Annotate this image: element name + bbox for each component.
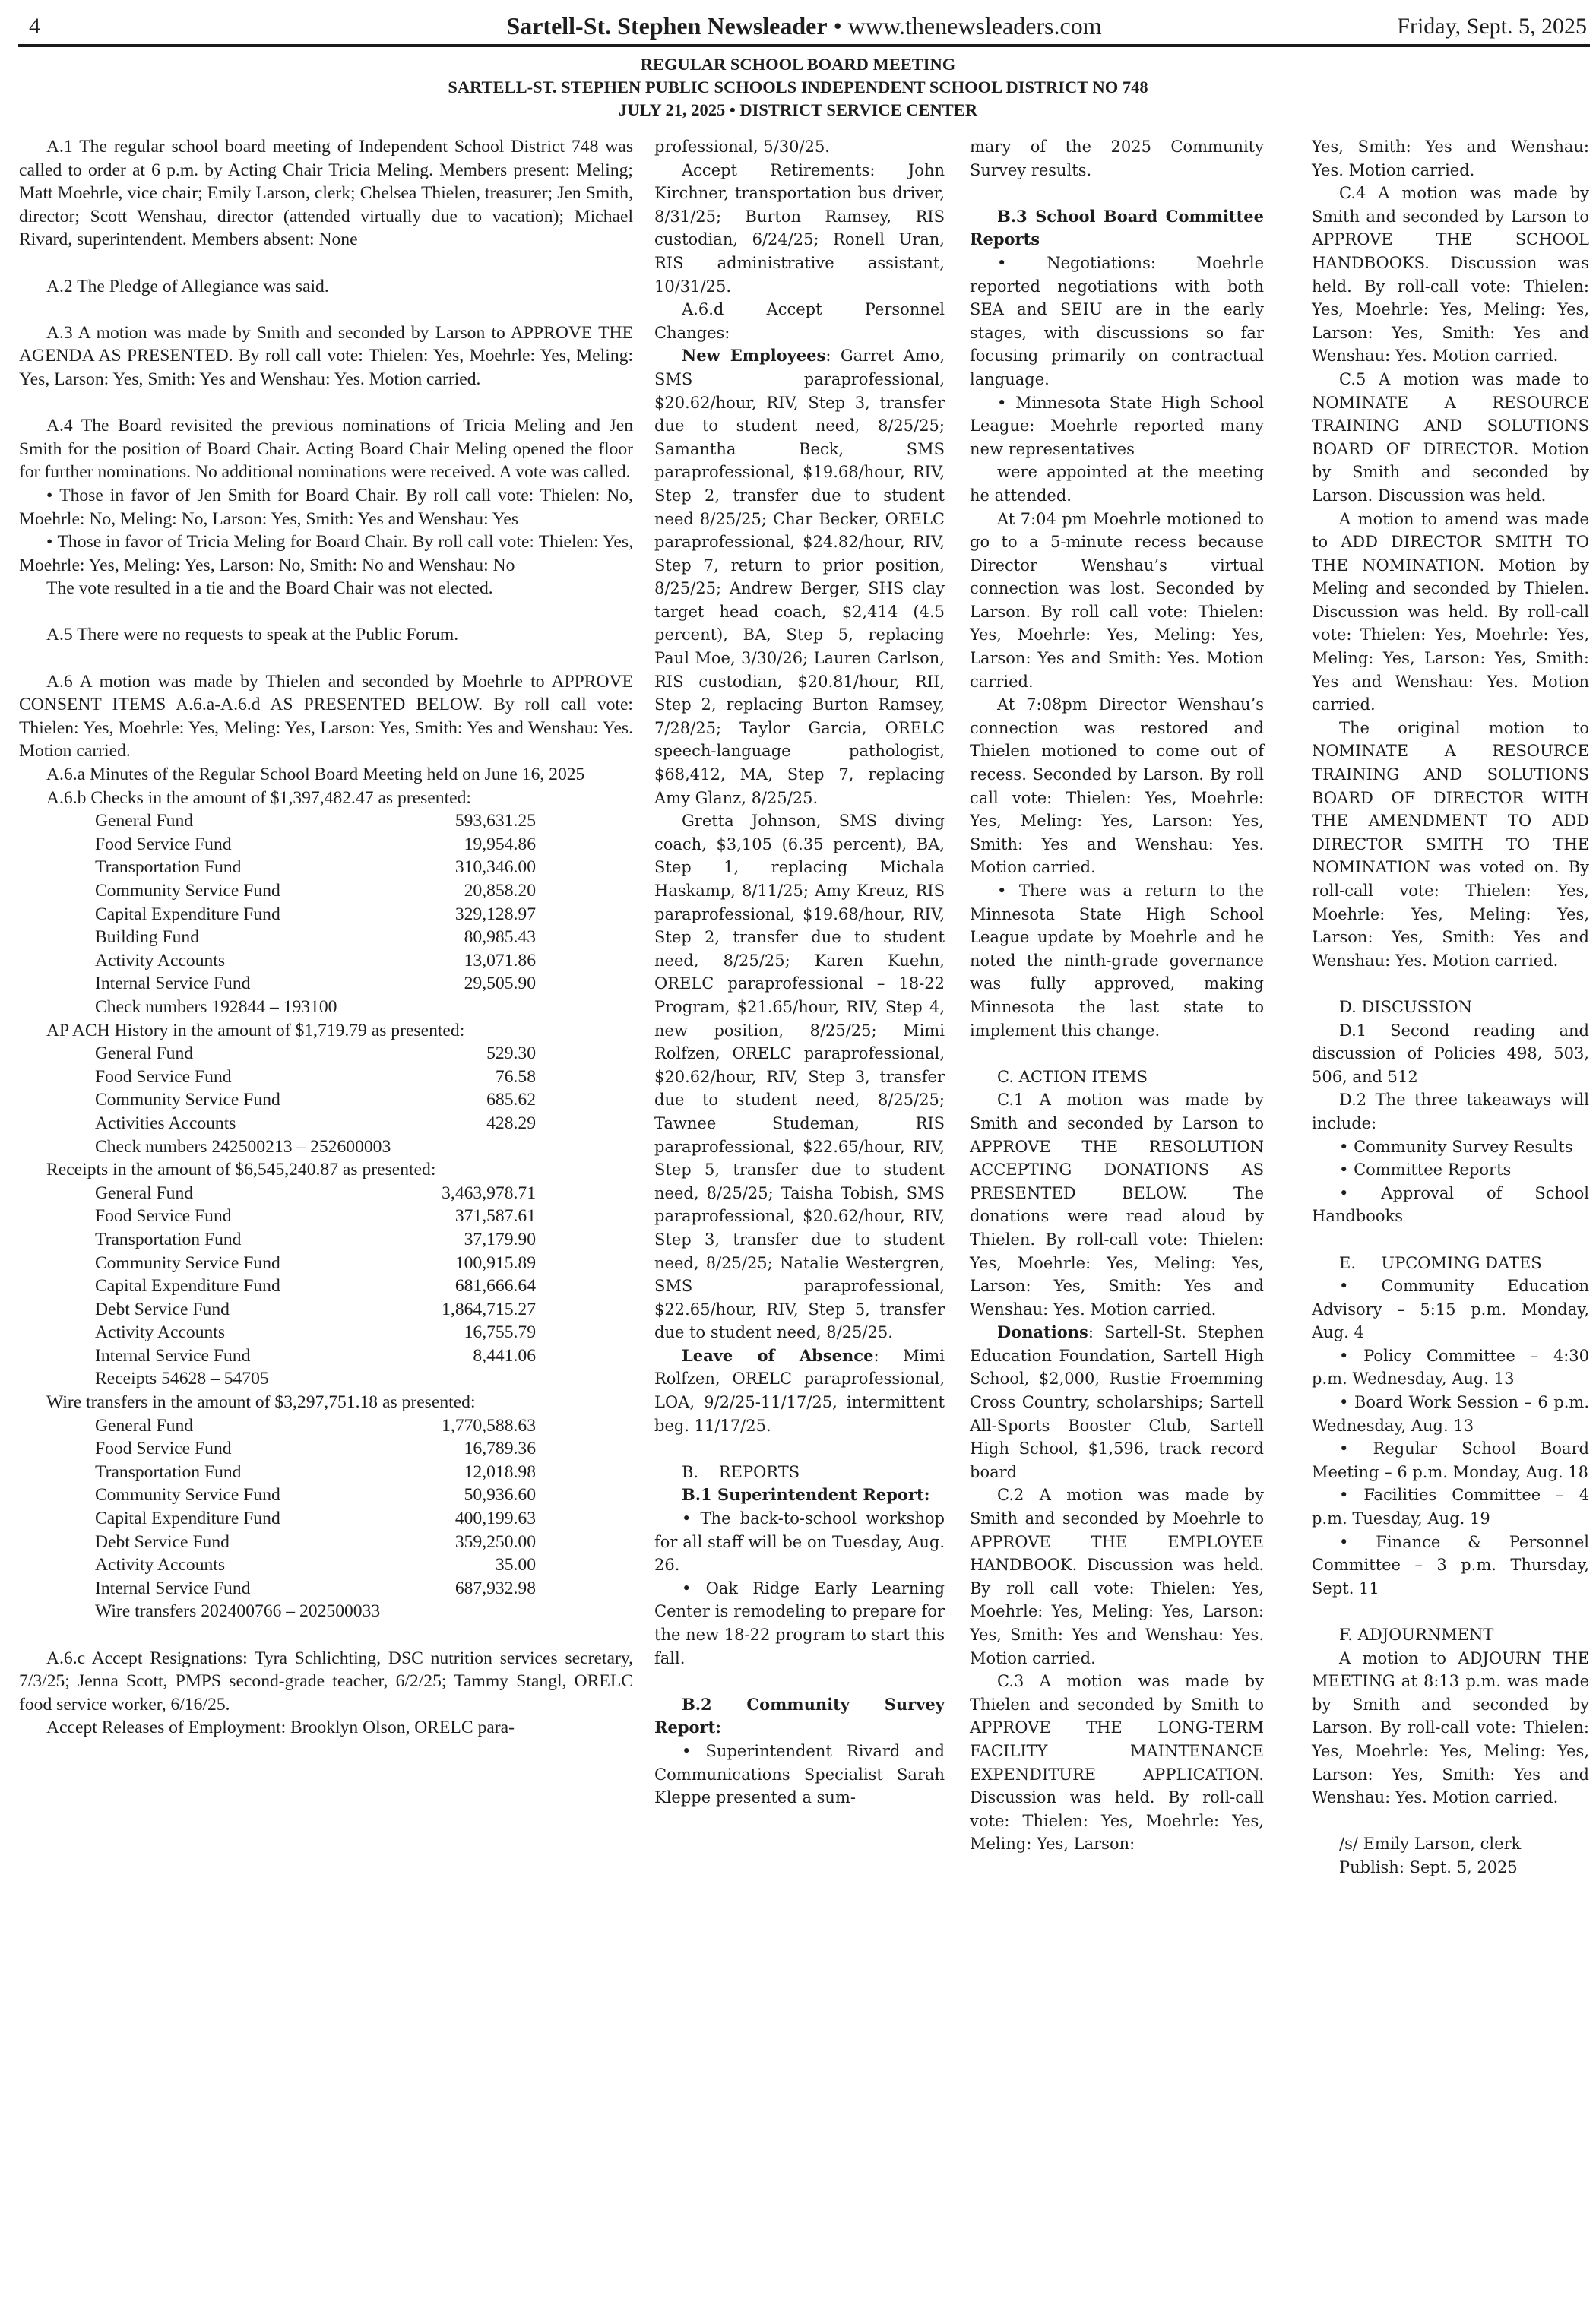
item-c1: C.1 A motion was made by Smith and secon… — [970, 1088, 1264, 1321]
table-row: Transportation Fund37,179.90 — [19, 1228, 633, 1252]
table-row: Internal Service Fund687,932.98 — [19, 1577, 633, 1601]
b1-item: Oak Ridge Early Learning Center is remod… — [654, 1577, 945, 1670]
table-row: Internal Service Fund29,505.90 — [19, 972, 633, 996]
recess: At 7:04 pm Moehrle motioned to go to a 5… — [970, 508, 1264, 694]
item-c2: C.2 A motion was made by Smith and secon… — [970, 1484, 1264, 1670]
item-a6d: A.6.d Accept Personnel Changes: — [654, 298, 945, 344]
item-a5: A.5 There were no requests to speak at t… — [19, 623, 633, 647]
upcoming-date: Policy Committee – 4:30 p.m. Wednesday, … — [1312, 1344, 1589, 1391]
receipts-heading: Receipts in the amount of $6,545,240.87 … — [19, 1158, 633, 1182]
table-row: Building Fund80,985.43 — [19, 926, 633, 949]
b3-heading: B.3 School Board Committee Reports — [970, 205, 1264, 252]
b3-cont: were appointed at the meeting he attende… — [970, 461, 1264, 507]
a4-result: The vote resulted in a tie and the Board… — [19, 577, 633, 600]
item-d1: D.1 Second reading and discussion of Pol… — [1312, 1019, 1589, 1089]
c5-original: The original motion to NOMINATE A RESOUR… — [1312, 717, 1589, 973]
upcoming-date: Community Education Advisory – 5:15 p.m.… — [1312, 1275, 1589, 1344]
section-c-heading: C. ACTION ITEMS — [970, 1066, 1264, 1089]
section-d-heading: D. DISCUSSION — [1312, 996, 1589, 1019]
upcoming-date: Facilities Committee – 4 p.m. Tuesday, A… — [1312, 1484, 1589, 1530]
a4-vote-meling: Those in favor of Tricia Meling for Boar… — [19, 530, 633, 577]
table-row: Activity Accounts16,755.79 — [19, 1321, 633, 1344]
table-row: Community Service Fund20,858.20 — [19, 879, 633, 903]
wires-note: Wire transfers 202400766 – 202500033 — [19, 1600, 633, 1623]
upcoming-date: Finance & Personnel Committee – 3 p.m. T… — [1312, 1531, 1589, 1601]
b3-item: Minnesota State High School League: Moeh… — [970, 391, 1264, 461]
table-row: Capital Expenditure Fund681,666.64 — [19, 1275, 633, 1298]
item-a4: A.4 The Board revisited the previous nom… — [19, 414, 633, 484]
mshsl-update: There was a return to the Minnesota Stat… — [970, 879, 1264, 1042]
b2-heading: B.2 Community Survey Report: — [654, 1693, 945, 1740]
item-a6c: A.6.c Accept Resignations: Tyra Schlicht… — [19, 1647, 633, 1717]
table-row: Community Service Fund100,915.89 — [19, 1252, 633, 1275]
adjournment-text: A motion to ADJOURN THE MEETING at 8:13 … — [1312, 1647, 1589, 1810]
column-1: A.1 The regular school board meeting of … — [19, 135, 633, 1740]
new-employees-label: New Employees — [682, 346, 825, 365]
loa-label: Leave of Absence — [682, 1346, 873, 1365]
notice-title: REGULAR SCHOOL BOARD MEETING — [0, 53, 1596, 76]
table-row: General Fund593,631.25 — [19, 809, 633, 833]
table-row: Activities Accounts428.29 — [19, 1112, 633, 1135]
item-c4: C.4 A motion was made by Smith and secon… — [1312, 182, 1589, 368]
table-row: Debt Service Fund1,864,715.27 — [19, 1298, 633, 1322]
table-row: Capital Expenditure Fund329,128.97 — [19, 903, 633, 926]
d2-item: Committee Reports — [1312, 1158, 1589, 1182]
b2-item-end: mary of the 2025 Community Survey result… — [970, 135, 1264, 182]
publication-date: Friday, Sept. 5, 2025 — [1397, 14, 1587, 40]
table-row: Food Service Fund371,587.61 — [19, 1205, 633, 1228]
table-row: Activity Accounts13,071.86 — [19, 949, 633, 973]
item-c3: C.3 A motion was made by Thielen and sec… — [970, 1670, 1264, 1856]
column-3: mary of the 2025 Community Survey result… — [970, 135, 1264, 1856]
website-link[interactable]: www.thenewsleaders.com — [848, 12, 1102, 40]
column-2: professional, 5/30/25. Accept Retirement… — [654, 135, 945, 1810]
ach-note: Check numbers 242500213 – 252600003 — [19, 1135, 633, 1159]
item-a6: A.6 A motion was made by Thielen and sec… — [19, 670, 633, 763]
masthead: 4 Sartell-St. Stephen Newsleader • www.t… — [18, 11, 1590, 47]
donations-label: Donations — [997, 1322, 1088, 1341]
a4-vote-smith: Those in favor of Jen Smith for Board Ch… — [19, 484, 633, 530]
publish-date: Publish: Sept. 5, 2025 — [1312, 1856, 1589, 1879]
releases-end: professional, 5/30/25. — [654, 135, 945, 159]
table-row: Transportation Fund12,018.98 — [19, 1461, 633, 1484]
table-row: Activity Accounts35.00 — [19, 1553, 633, 1577]
separator-bullet: • — [828, 12, 848, 40]
table-row: Food Service Fund19,954.86 — [19, 833, 633, 857]
item-c5: C.5 A motion was made to NOMINATE A RESO… — [1312, 368, 1589, 508]
retirements: Accept Retirements: John Kirchner, trans… — [654, 159, 945, 299]
column-4: Yes, Smith: Yes and Wenshau: Yes. Motion… — [1312, 135, 1589, 1879]
section-e-heading: E. UPCOMING DATES — [1312, 1252, 1589, 1275]
paper-name: Sartell-St. Stephen Newsleader — [506, 12, 827, 40]
table-row: Capital Expenditure Fund400,199.63 — [19, 1507, 633, 1531]
ach-table: AP ACH History in the amount of $1,719.7… — [19, 1019, 633, 1159]
recess-end: At 7:08pm Director Wenshau’s connection … — [970, 693, 1264, 879]
table-row: Internal Service Fund8,441.06 — [19, 1344, 633, 1368]
b1-heading: B.1 Superintendent Report: — [654, 1484, 945, 1507]
releases-start: Accept Releases of Employment: Brooklyn … — [19, 1716, 633, 1740]
signature: /s/ Emily Larson, clerk — [1312, 1832, 1589, 1856]
c3-end: Yes, Smith: Yes and Wenshau: Yes. Motion… — [1312, 135, 1589, 182]
table-row: Debt Service Fund359,250.00 — [19, 1531, 633, 1554]
b1-item: The back-to-school workshop for all staf… — [654, 1507, 945, 1577]
section-b-heading: B. REPORTS — [654, 1461, 945, 1484]
receipts-table: Receipts in the amount of $6,545,240.87 … — [19, 1158, 633, 1391]
b3-item: Negotiations: Moehrle reported negotiati… — [970, 252, 1264, 391]
notice-dateline: JULY 21, 2025 • DISTRICT SERVICE CENTER — [0, 99, 1596, 122]
wires-heading: Wire transfers in the amount of $3,297,7… — [19, 1391, 633, 1414]
upcoming-date: Regular School Board Meeting – 6 p.m. Mo… — [1312, 1437, 1589, 1484]
checks-heading: A.6.b Checks in the amount of $1,397,482… — [19, 787, 633, 810]
receipts-note: Receipts 54628 – 54705 — [19, 1367, 633, 1391]
notice-title-block: REGULAR SCHOOL BOARD MEETING SARTELL-ST.… — [0, 53, 1596, 122]
c5-amendment: A motion to amend was made to ADD DIRECT… — [1312, 508, 1589, 717]
b2-item: Superintendent Rivard and Communications… — [654, 1740, 945, 1810]
paper-name-line: Sartell-St. Stephen Newsleader • www.the… — [18, 12, 1590, 40]
table-row: Food Service Fund76.58 — [19, 1066, 633, 1089]
item-a3: A.3 A motion was made by Smith and secon… — [19, 321, 633, 391]
notice-subtitle: SARTELL-ST. STEPHEN PUBLIC SCHOOLS INDEP… — [0, 76, 1596, 99]
new-employees-cont: Gretta Johnson, SMS diving coach, $3,105… — [654, 809, 945, 1344]
d2-item: Community Survey Results — [1312, 1135, 1589, 1159]
table-row: General Fund3,463,978.71 — [19, 1182, 633, 1205]
upcoming-date: Board Work Session – 6 p.m. Wednesday, A… — [1312, 1391, 1589, 1437]
table-row: Transportation Fund310,346.00 — [19, 856, 633, 879]
item-a2: A.2 The Pledge of Allegiance was said. — [19, 275, 633, 299]
table-row: Food Service Fund16,789.36 — [19, 1437, 633, 1461]
table-row: General Fund1,770,588.63 — [19, 1414, 633, 1438]
table-row: General Fund529.30 — [19, 1042, 633, 1066]
ach-heading: AP ACH History in the amount of $1,719.7… — [19, 1019, 633, 1043]
item-a1: A.1 The regular school board meeting of … — [19, 135, 633, 252]
new-employees: New Employees: Garret Amo, SMS paraprofe… — [654, 344, 945, 809]
checks-table: A.6.b Checks in the amount of $1,397,482… — [19, 787, 633, 1019]
donations: Donations: Sartell-St. Stephen Education… — [970, 1321, 1264, 1484]
table-row: Community Service Fund50,936.60 — [19, 1484, 633, 1507]
section-f-heading: F. ADJOURNMENT — [1312, 1623, 1589, 1647]
leave-of-absence: Leave of Absence: Mimi Rolfzen, ORELC pa… — [654, 1344, 945, 1437]
item-d2: D.2 The three takeaways will include: — [1312, 1088, 1589, 1135]
wires-table: Wire transfers in the amount of $3,297,7… — [19, 1391, 633, 1623]
d2-item: Approval of School Handbooks — [1312, 1182, 1589, 1228]
item-a6a: A.6.a Minutes of the Regular School Boar… — [19, 763, 633, 787]
table-row: Community Service Fund685.62 — [19, 1088, 633, 1112]
checks-note: Check numbers 192844 – 193100 — [19, 996, 633, 1019]
